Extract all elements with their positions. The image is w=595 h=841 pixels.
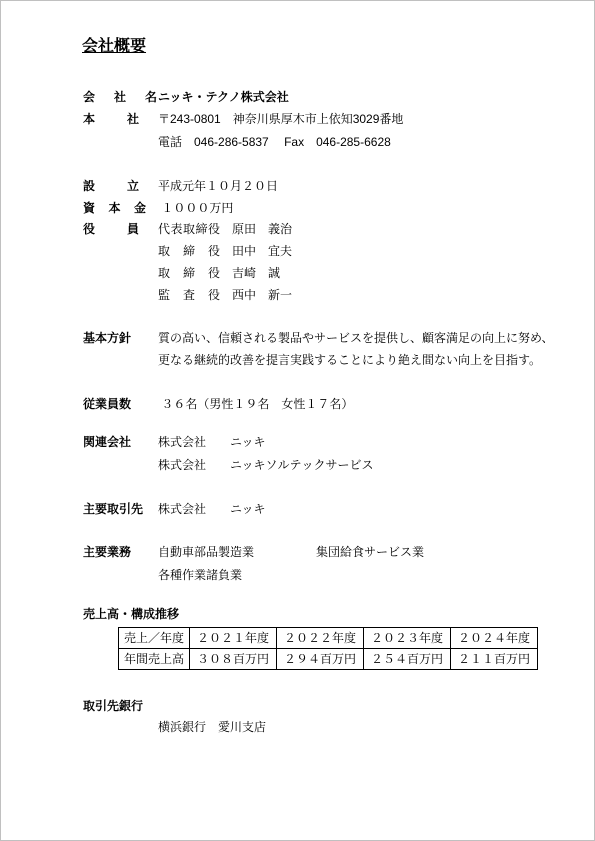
sales-data-cell: ２１１百万円 bbox=[451, 649, 538, 670]
officer-row: 代表取締役原田 義治 bbox=[158, 222, 292, 237]
officer-role: 取締役 bbox=[158, 266, 220, 281]
customers-value: 株式会社 ニッキ bbox=[158, 502, 266, 517]
sales-table-data-row: 年間売上高 ３０８百万円 ２９４百万円 ２５４百万円 ２１１百万円 bbox=[119, 649, 538, 670]
business-item-1: 自動車部品製造業 bbox=[158, 545, 254, 560]
officer-role: 取締役 bbox=[158, 244, 220, 259]
employees-value: ３６名（男性１９名 女性１７名） bbox=[158, 397, 353, 412]
sales-table: 売上／年度 ２０２１年度 ２０２２年度 ２０２３年度 ２０２４年度 年間売上高 … bbox=[118, 627, 538, 670]
banks-label: 取引先銀行 bbox=[83, 699, 143, 714]
page-title: 会社概要 bbox=[82, 37, 146, 57]
officers-label: 役員 bbox=[83, 222, 139, 237]
sales-header-cell: ２０２３年度 bbox=[364, 628, 451, 649]
sales-data-cell: 年間売上高 bbox=[119, 649, 190, 670]
policy-label: 基本方針 bbox=[83, 331, 131, 346]
officer-name: 西中 新一 bbox=[232, 288, 292, 302]
affiliates-line2: 株式会社 ニッキソルテックサービス bbox=[158, 458, 374, 473]
officer-row: 監査役西中 新一 bbox=[158, 288, 292, 303]
company-name-label: 会社名 bbox=[83, 90, 157, 105]
sales-data-cell: ３０８百万円 bbox=[190, 649, 277, 670]
head-office-phone: 電話 046-286-5837 Fax 046-285-6628 bbox=[158, 135, 391, 150]
business-item-3: 各種作業諸負業 bbox=[158, 568, 242, 583]
capital-value: １０００万円 bbox=[158, 201, 233, 216]
business-item-2: 集団給食サービス業 bbox=[316, 545, 424, 560]
sales-header-cell: 売上／年度 bbox=[119, 628, 190, 649]
sales-table-header-row: 売上／年度 ２０２１年度 ２０２２年度 ２０２３年度 ２０２４年度 bbox=[119, 628, 538, 649]
sales-heading: 売上高・構成推移 bbox=[83, 607, 179, 622]
customers-label: 主要取引先 bbox=[83, 502, 143, 517]
sales-data-cell: ２９４百万円 bbox=[277, 649, 364, 670]
officer-name: 吉崎 誠 bbox=[232, 266, 280, 280]
established-value: 平成元年１０月２０日 bbox=[158, 179, 278, 194]
affiliates-label: 関連会社 bbox=[83, 435, 131, 450]
officer-row: 取締役吉崎 誠 bbox=[158, 266, 280, 281]
business-label: 主要業務 bbox=[83, 545, 131, 560]
capital-label: 資本金 bbox=[83, 201, 146, 216]
company-overview-document: 会社概要 会社名 ニッキ・テクノ株式会社 本社 〒243-0801 神奈川県厚木… bbox=[0, 0, 595, 841]
officer-row: 取締役田中 宜夫 bbox=[158, 244, 292, 259]
officer-role: 代表取締役 bbox=[158, 222, 220, 237]
banks-value: 横浜銀行 愛川支店 bbox=[158, 720, 266, 735]
company-name-value: ニッキ・テクノ株式会社 bbox=[158, 90, 289, 105]
sales-header-cell: ２０２４年度 bbox=[451, 628, 538, 649]
sales-data-cell: ２５４百万円 bbox=[364, 649, 451, 670]
policy-line1: 質の高い、信頼される製品やサービスを提供し、顧客満足の向上に努め、 bbox=[158, 331, 554, 346]
employees-label: 従業員数 bbox=[83, 397, 131, 412]
officer-name: 田中 宜夫 bbox=[232, 244, 292, 258]
officer-name: 原田 義治 bbox=[232, 222, 292, 236]
affiliates-line1: 株式会社 ニッキ bbox=[158, 435, 266, 450]
officer-role: 監査役 bbox=[158, 288, 220, 303]
sales-header-cell: ２０２２年度 bbox=[277, 628, 364, 649]
sales-header-cell: ２０２１年度 bbox=[190, 628, 277, 649]
established-label: 設立 bbox=[83, 179, 139, 194]
head-office-address: 〒243-0801 神奈川県厚木市上依知3029番地 bbox=[158, 112, 403, 127]
policy-line2: 更なる継続的改善を提言実践することにより絶え間ない向上を目指す。 bbox=[158, 353, 541, 368]
head-office-label: 本社 bbox=[83, 112, 139, 127]
